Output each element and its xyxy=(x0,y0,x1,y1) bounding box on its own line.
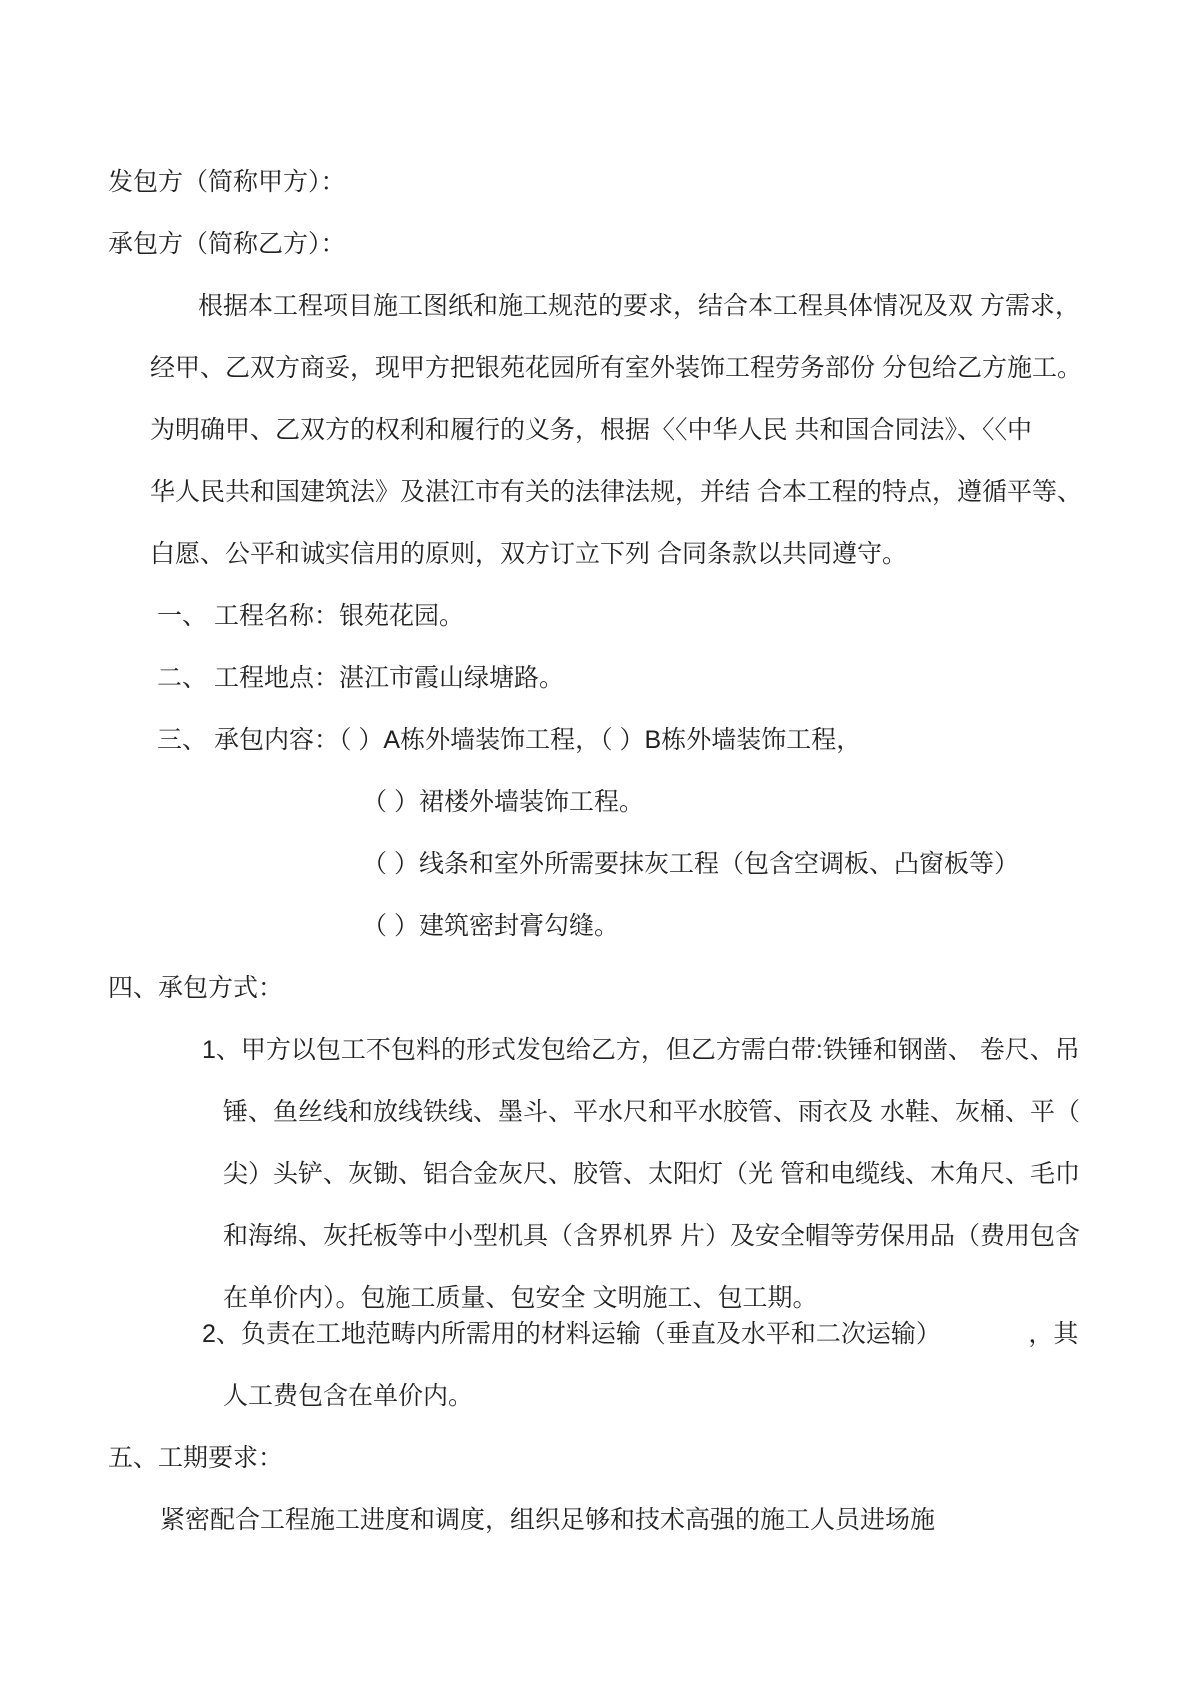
preamble-line-2: 经甲、乙双方商妥，现甲方把银苑花园所有室外装饰工程劳务部份 分包给乙方施工。 xyxy=(150,335,1104,397)
contract-document-page: 发包方（简称甲方）： 承包方（简称乙方）： 根据本工程项目施工图纸和施工规范的要… xyxy=(0,0,1194,1691)
preamble-line-1: 根据本工程项目施工图纸和施工规范的要求，结合本工程具体情况及双 方需求， xyxy=(198,273,1104,335)
clause-5-schedule-requirement: 五、工期要求： xyxy=(108,1425,1104,1487)
clause-3-option-3: （ ）线条和室外所需要抹灰工程（包含空调板、凸窗板等） xyxy=(362,831,1104,893)
party-b-line: 承包方（简称乙方）： xyxy=(108,211,1104,273)
party-a-line: 发包方（简称甲方）： xyxy=(108,149,1104,211)
clause-4-item-1-line-2: 锤、鱼丝线和放线铁线、墨斗、平水尺和平水胶管、雨衣及 水鞋、灰桶、平（ xyxy=(223,1079,1104,1141)
preamble-line-5: 白愿、公平和诚实信用的原则，双方订立下列 合同条款以共同遵守。 xyxy=(150,521,1104,583)
preamble-line-3: 为明确甲、乙双方的权利和履行的义务，根据〈〈中华人民 共和国合同法》、〈〈中 xyxy=(150,397,1104,459)
clause-4-item-1-line-3: 尖）头铲、灰锄、铝合金灰尺、胶管、太阳灯（光 管和电缆线、木角尺、毛巾 xyxy=(223,1141,1104,1203)
preamble-line-4: 华人民共和国建筑法》及湛江市有关的法律法规，并结 合本工程的特点，遵循平等、 xyxy=(150,459,1104,521)
clause-1-project-name: 一、 工程名称：银苑花园。 xyxy=(157,583,1104,645)
clause-4-item-1-line-1: 1、甲方以包工不包料的形式发包给乙方，但乙方需白带:铁锤和钢凿、 卷尺、吊 xyxy=(202,1017,1104,1079)
clause-3-option-4: （ ）建筑密封膏勾缝。 xyxy=(362,893,1104,955)
clause-4-item-1-line-4: 和海绵、灰托板等中小型机具（含界机界 片）及安全帽等劳保用品（费用包含 xyxy=(223,1203,1104,1265)
clause-5-body: 紧密配合工程施工进度和调度，组织足够和技术高强的施工人员进场施 xyxy=(160,1487,1104,1549)
clause-3-contract-content: 三、 承包内容：（ ）A栋外墙装饰工程，（ ）B栋外墙装饰工程， xyxy=(157,707,1104,769)
clause-2-project-location: 二、 工程地点：湛江市霞山绿塘路。 xyxy=(157,645,1104,707)
clause-4-contract-method: 四、承包方式： xyxy=(108,955,1104,1017)
clause-3-option-2: （ ）裙楼外墙装饰工程。 xyxy=(362,769,1104,831)
clause-4-item-2-line-2: 人工费包含在单价内。 xyxy=(223,1363,1104,1425)
